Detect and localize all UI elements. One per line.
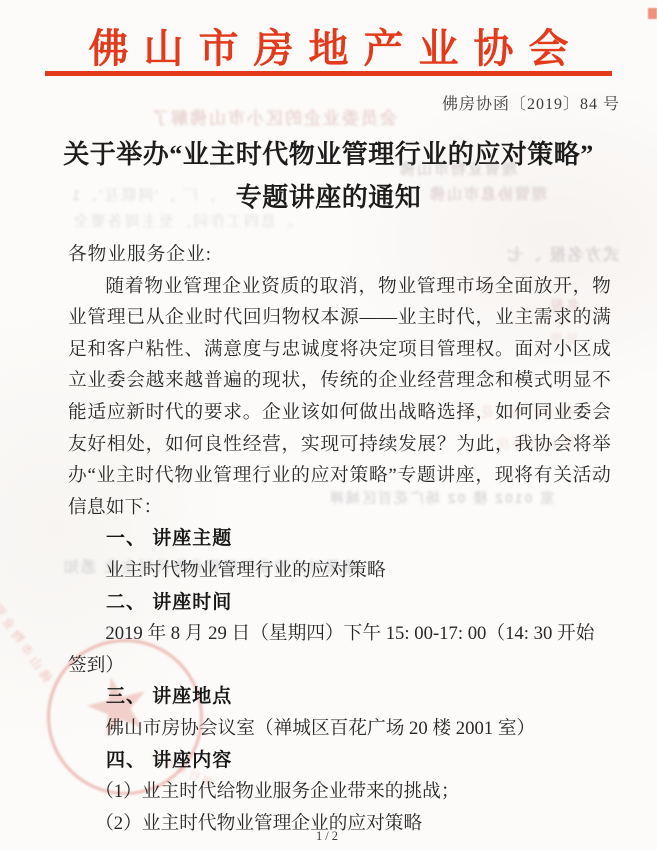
document-body: 各物业服务企业: 随着物业管理企业资质的取消，物业管理市场全面放开，物业管理已从… xyxy=(68,239,611,839)
salutation: 各物业服务企业: xyxy=(68,239,611,271)
section-4-item-1: （1）业主时代给物业服务企业带来的挑战； xyxy=(68,776,611,808)
section-1-heading: 一、 讲座主题 xyxy=(68,523,611,555)
seal-ring-text: 佛山市物业管 xyxy=(0,597,56,685)
section-4-heading: 四、 讲座内容 xyxy=(68,745,611,777)
document-title-line1: 关于举办“业主时代物业管理行业的应对策略” xyxy=(30,133,627,176)
section-2-content: 2019 年 8 月 29 日（星期四）下午 15: 00-17: 00（14:… xyxy=(68,618,611,681)
document-reference-number: 佛房协函〔2019〕84 号 xyxy=(442,91,620,114)
letterhead-divider xyxy=(45,71,612,76)
section-1-content: 业主时代物业管理行业的应对策略 xyxy=(68,555,611,587)
document-title-line2: 专题讲座的通知 xyxy=(30,176,627,219)
bleedthrough-text: 会员委业企的区小市山佛解了 xyxy=(150,104,397,129)
section-2-heading: 二、 讲座时间 xyxy=(68,587,611,619)
scanned-notice-page: 会员委业企的区小市山佛解了理管业物市山佛，厂 ，'网联互'、1理管协息市山佛。息… xyxy=(0,0,657,851)
section-4-item-2: （2）业主时代物业管理企业的应对策略 xyxy=(68,808,611,840)
document-title: 关于举办“业主时代物业管理行业的应对策略” 专题讲座的通知 xyxy=(30,133,627,219)
intro-paragraph: 随着物业管理企业资质的取消，物业管理市场全面放开，物业管理已从企业时代回归物权本… xyxy=(68,271,611,524)
section-3-heading: 三、 讲座地点 xyxy=(68,681,611,713)
organization-name: 佛山市房地产业协会 xyxy=(0,17,657,74)
section-3-content: 佛山市房协会议室（禅城区百花广场 20 楼 2001 室） xyxy=(68,713,611,745)
